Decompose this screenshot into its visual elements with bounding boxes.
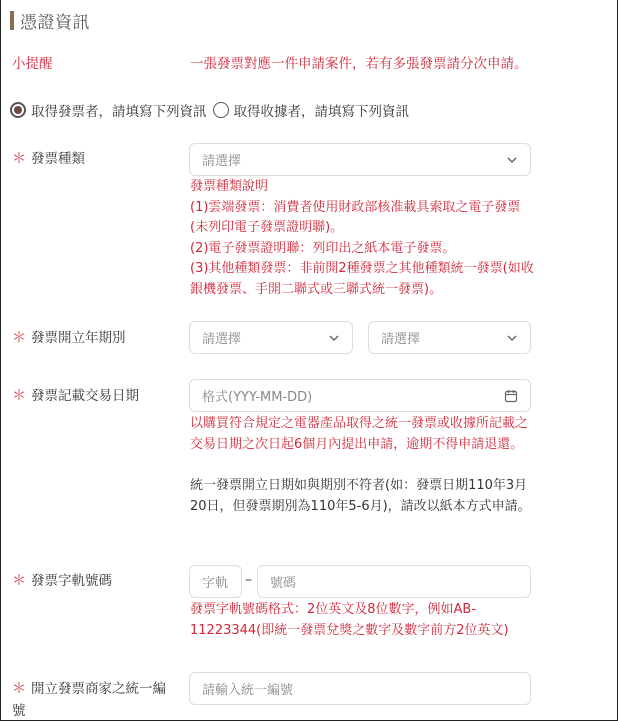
calendar-icon[interactable]: [504, 389, 518, 403]
invoice-period-label: ＊發票開立年期別: [12, 327, 126, 349]
transaction-date-deadline-note: 以購買符合規定之電器產品取得之統一發票或收據所記載之 交易日期之次日起6個月內提…: [190, 414, 535, 455]
required-asterisk: ＊: [12, 330, 26, 346]
invoice-number-input[interactable]: 號碼: [257, 565, 531, 598]
invoice-number-format-help: 發票字軌號碼格式：2位英文及8位數字，例如AB-11223344(即統一發票兌獎…: [190, 600, 520, 641]
radio-checked-icon[interactable]: [10, 102, 26, 118]
section-accent-bar: [10, 11, 14, 30]
invoice-number-label: ＊發票字軌號碼: [12, 570, 112, 592]
required-asterisk: ＊: [12, 388, 26, 404]
section-title: 憑證資訊: [20, 8, 90, 33]
applicant-type-radio-group: 取得發票者，請填寫下列資訊 取得收據者，請填寫下列資訊: [10, 100, 415, 120]
reminder-label: 小提醒: [12, 52, 53, 72]
merchant-id-label: ＊開立發票商家之統一編號: [12, 678, 172, 722]
invoice-prefix-input[interactable]: 字軌: [189, 565, 242, 598]
invoice-type-help: 發票種類說明 (1)雲端發票：消費者使用財政部核准載具索取之電子發票(未列印電子…: [190, 177, 535, 300]
required-asterisk: ＊: [12, 681, 26, 697]
radio-label: 取得發票者，請填寫下列資訊: [31, 100, 207, 120]
invoice-type-select[interactable]: 請選擇: [189, 143, 531, 176]
section-header: 憑證資訊: [10, 9, 90, 31]
reminder-text: 一張發票對應一件申請案件，若有多張發票請分次申請。: [190, 52, 528, 72]
radio-option-invoice-holder[interactable]: 取得發票者，請填寫下列資訊: [10, 100, 207, 120]
radio-option-receipt-holder[interactable]: 取得收據者，請填寫下列資訊: [213, 100, 410, 120]
merchant-id-input[interactable]: 請輸入統一編號: [189, 672, 531, 705]
radio-unchecked-icon[interactable]: [213, 102, 229, 118]
invoice-year-select[interactable]: 請選擇: [189, 321, 353, 354]
chevron-down-icon: [328, 332, 340, 344]
invoice-period-select[interactable]: 請選擇: [368, 321, 531, 354]
radio-label: 取得收據者，請填寫下列資訊: [234, 100, 410, 120]
required-asterisk: ＊: [12, 151, 26, 167]
chevron-down-icon: [506, 154, 518, 166]
transaction-date-mismatch-note: 統一發票開立日期如與期別不符者(如：發票日期110年3月20日，但發票期別為11…: [190, 476, 535, 517]
chevron-down-icon: [506, 332, 518, 344]
transaction-date-input[interactable]: 格式(YYY-MM-DD): [189, 379, 531, 412]
invoice-number-separator: –: [245, 572, 252, 588]
required-asterisk: ＊: [12, 573, 26, 589]
transaction-date-label: ＊發票記載交易日期: [12, 385, 139, 407]
invoice-type-label: ＊發票種類: [12, 148, 85, 170]
